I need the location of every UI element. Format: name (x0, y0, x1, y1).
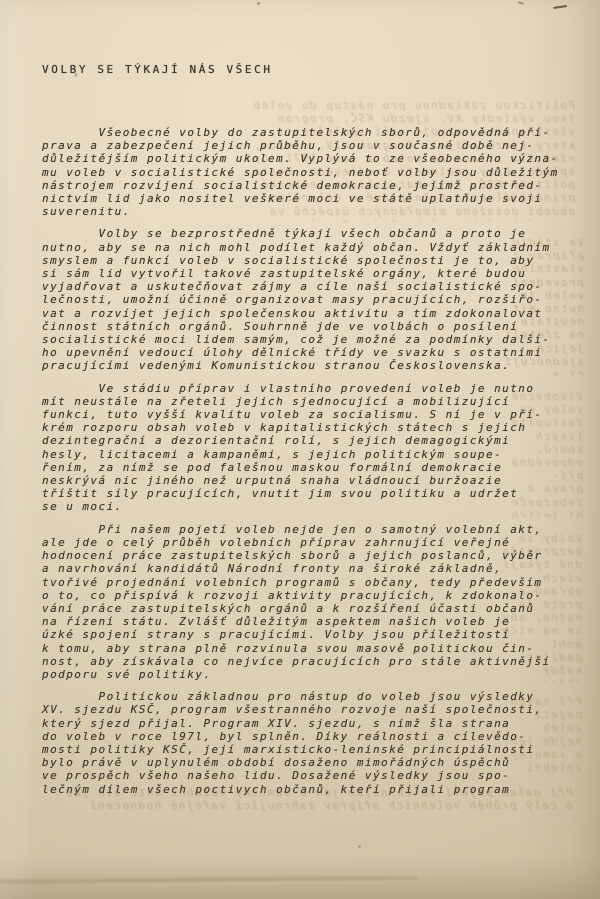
paragraph: Všeobecné volby do zastupitelských sborů… (42, 126, 567, 218)
paragraph: Ve stádiu příprav i vlastního provedení … (42, 382, 567, 514)
paper-speck (553, 5, 567, 9)
paper-crease (0, 867, 418, 894)
document-body: Všeobecné volby do zastupitelských sborů… (42, 126, 567, 805)
document-page: Politickou základnou pro nástup do voleb… (0, 0, 600, 899)
paragraph: Volby se bezprostředně týkají všech obča… (42, 227, 567, 372)
paragraph: Při našem pojetí voleb nejde jen o samot… (42, 523, 567, 681)
document-title: VOLBY SE TÝKAJÍ NÁS VŠECH (42, 62, 273, 77)
paper-speck (257, 2, 260, 5)
paper-speck (358, 845, 361, 848)
paper-speck (518, 1, 524, 4)
paragraph: Politickou základnou pro nástup do voleb… (42, 690, 567, 796)
